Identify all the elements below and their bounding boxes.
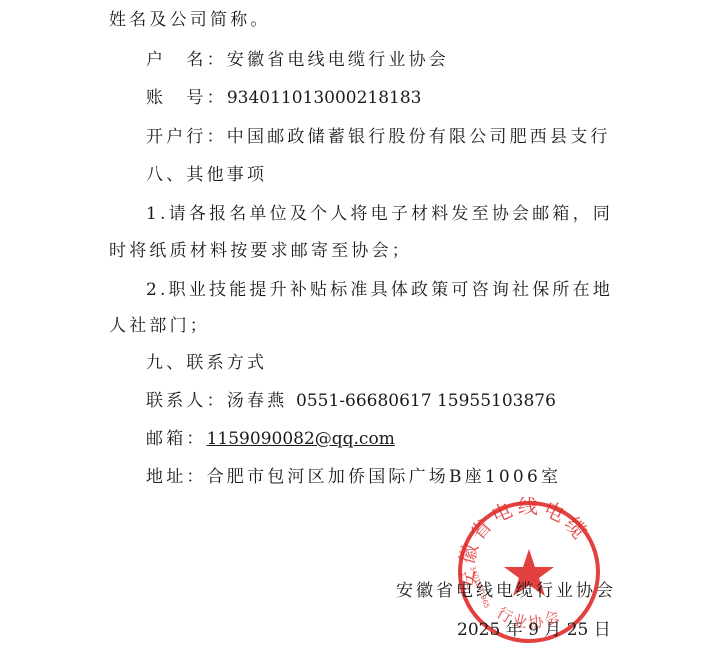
email-label: 邮箱： bbox=[146, 429, 207, 449]
section-8-heading: 八、其他事项 bbox=[146, 164, 267, 186]
account-number-line: 账 号：934011013000218183 bbox=[146, 87, 422, 109]
section-9-heading: 九、联系方式 bbox=[146, 352, 267, 374]
item-2-line-2: 人社部门； bbox=[109, 315, 210, 337]
account-number-label: 账 号： bbox=[146, 88, 227, 108]
contact-phone: 0551-66680617 15955103876 bbox=[296, 391, 556, 411]
item-1-line-1: 1.请各报名单位及个人将电子材料发至协会邮箱，同 bbox=[146, 203, 613, 225]
email-line: 邮箱：1159090082@qq.com bbox=[146, 428, 395, 450]
email-link[interactable]: 1159090082@qq.com bbox=[207, 429, 395, 449]
contact-label: 联系人：汤春燕 bbox=[146, 391, 296, 411]
account-name-line: 户 名：安徽省电线电缆行业协会 bbox=[146, 49, 449, 71]
bank-line: 开户行：中国邮政储蓄银行股份有限公司肥西县支行 bbox=[146, 126, 611, 148]
address-line: 地址：合肥市包河区加侨国际广场B座1006室 bbox=[146, 466, 561, 488]
signature-date: 2025 年 9 月 25 日 bbox=[457, 619, 611, 641]
contact-line: 联系人：汤春燕 0551-66680617 15955103876 bbox=[146, 390, 556, 412]
signature-organization: 安徽省电线电缆行业协会 bbox=[396, 580, 616, 602]
account-number: 934011013000218183 bbox=[227, 88, 422, 108]
item-1-line-2: 时将纸质材料按要求邮寄至协会； bbox=[109, 240, 412, 262]
item-2-line-1: 2.职业技能提升补贴标准具体政策可咨询社保所在地 bbox=[146, 279, 613, 301]
text-line-1: 姓名及公司简称。 bbox=[109, 9, 271, 31]
